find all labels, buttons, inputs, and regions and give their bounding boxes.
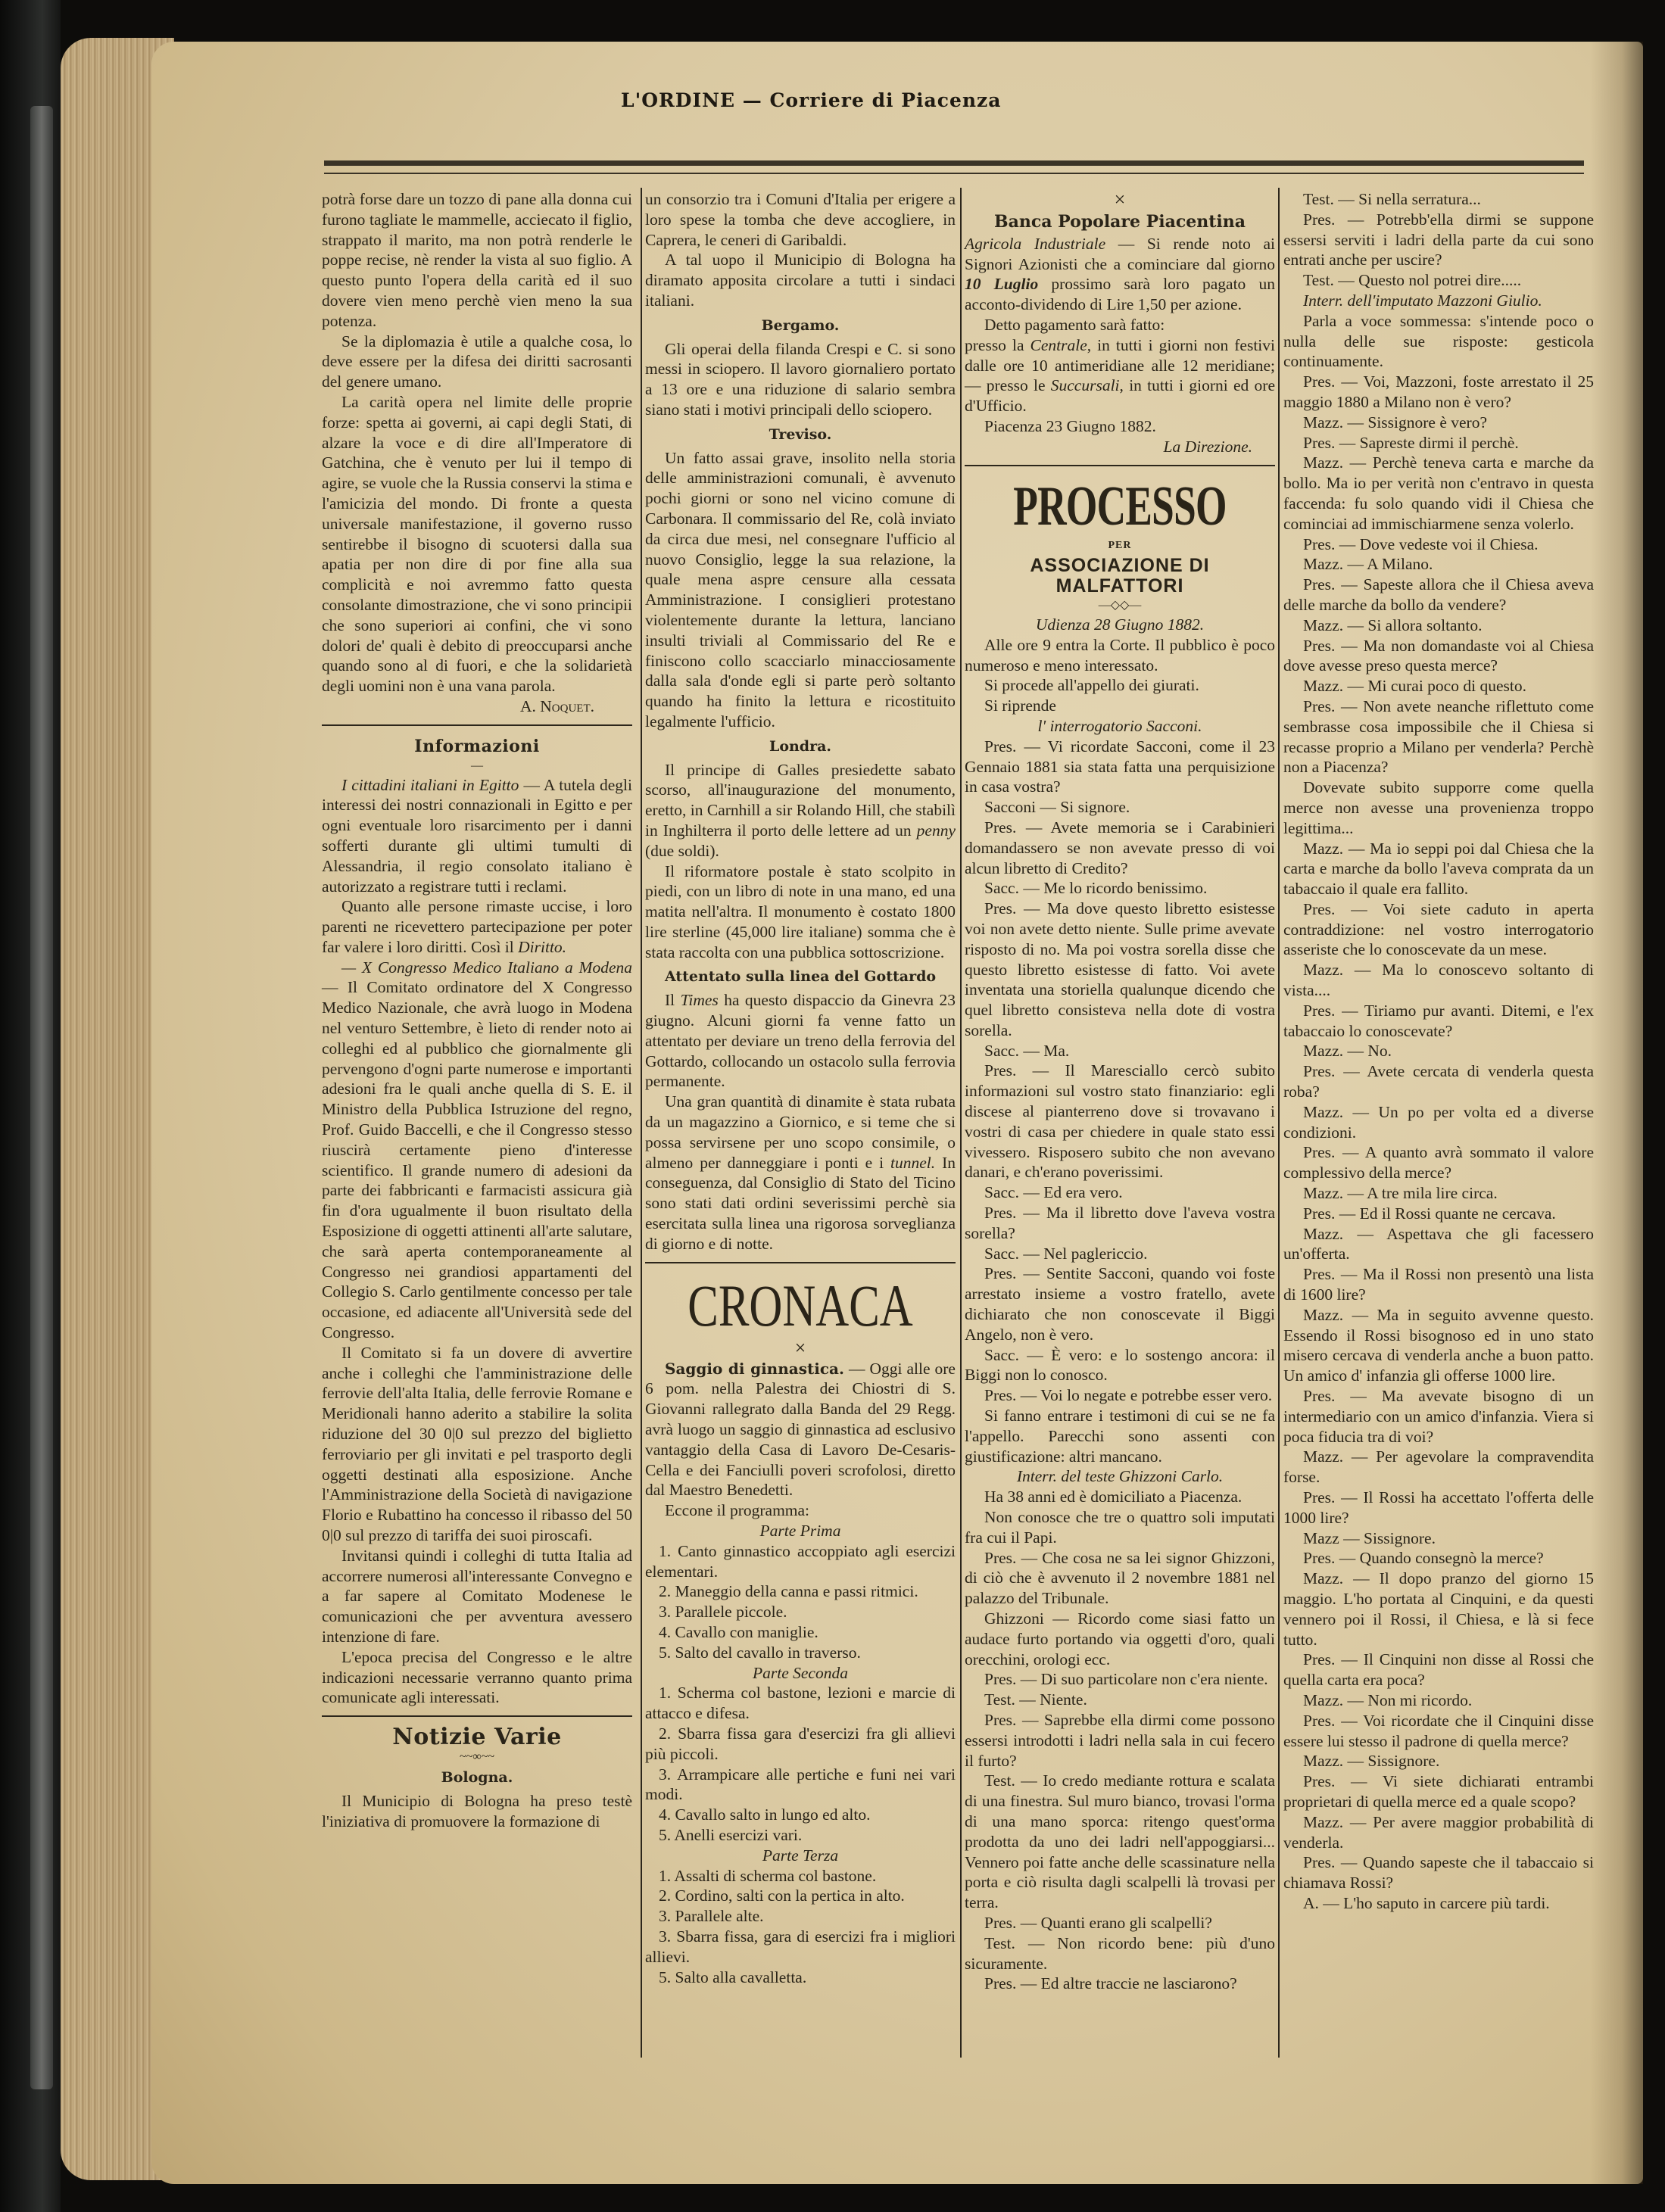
trial-paragraph: Si procede all'appello dei giurati. (965, 675, 1275, 696)
article-paragraph: Il Comitato si fa un dovere di avvertire… (322, 1343, 632, 1546)
dialog-line: Mazz. — Mi curai poco di questo. (1283, 676, 1594, 696)
section-separator (645, 1262, 956, 1266)
cross-ornament-icon: × (965, 189, 1275, 210)
program-item: 2. Cordino, salti con la pertica in alto… (645, 1886, 956, 1906)
program-item: 3. Parallele alte. (645, 1906, 956, 1927)
dialog-line: Pres. — Non avete neanche riflettuto com… (1283, 696, 1594, 777)
dialog-line: Si fanno entrare i testimoni di cui se n… (965, 1406, 1275, 1466)
dialog-line: Pres. — Sapreste dirmi il perchè. (1283, 433, 1594, 453)
program-item: 5. Salto del cavallo in traverso. (645, 1643, 956, 1663)
section-separator (322, 1715, 632, 1720)
article-paragraph: La carità opera nel limite delle proprie… (322, 392, 632, 696)
hearing-date: Udienza 28 Giugno 1882. (965, 615, 1275, 635)
article-paragraph: potrà forse dare un tozzo di pane alla d… (322, 189, 632, 332)
dialog-line: Non conosce che tre o quattro soli imput… (965, 1507, 1275, 1548)
dialog-line: Mazz. — A tre mila lire circa. (1283, 1183, 1594, 1204)
dialog-line: Test. — Questo nol potrei dire..... (1283, 270, 1594, 291)
article-signature: A. Noquet. (322, 696, 632, 717)
column-divider (960, 188, 962, 2058)
dialog-line: Pres. — Vi siete dichiarati entrambi pro… (1283, 1771, 1594, 1812)
dialog-line: Sacc. — Me lo ricordo benissimo. (965, 878, 1275, 899)
program-item: 3. Arrampicare alle pertiche e funi nei … (645, 1765, 956, 1805)
dialog-line: Mazz. — A Milano. (1283, 554, 1594, 575)
news-item: — X Congresso Medico Italiano a Modena —… (322, 958, 632, 1343)
dialog-line: Pres. — Saprebbe ella dirmi come possono… (965, 1710, 1275, 1771)
column-3: × Banca Popolare Piacentina Agricola Ind… (965, 189, 1275, 1994)
program-item: 5. Anelli esercizi vari. (645, 1825, 956, 1846)
dialog-line: Mazz. — Ma io seppi poi dal Chiesa che l… (1283, 839, 1594, 899)
trial-subheading: Interr. dell'imputato Mazzoni Giulio. (1283, 291, 1594, 311)
dialog-line: Pres. — Il Cinquini non disse al Rossi c… (1283, 1650, 1594, 1690)
section-heading-informazioni: Informazioni (322, 737, 632, 757)
dialog-line: Sacc. — È vero: e lo sostengo ancora: il… (965, 1345, 1275, 1386)
dialog-line: Mazz. — Sissignore. (1283, 1751, 1594, 1771)
dialog-line: Pres. — Avete cercata di venderla questa… (1283, 1061, 1594, 1102)
news-item: Quanto alle persone rimaste uccise, i lo… (322, 896, 632, 957)
article-paragraph: Una gran quantità di dinamite è stata ru… (645, 1092, 956, 1254)
notice-date: Piacenza 23 Giugno 1882. (965, 416, 1275, 437)
dialog-line: Sacc. — Ed era vero. (965, 1182, 1275, 1203)
subheading-treviso: Treviso. (645, 425, 956, 445)
header-rule (324, 160, 1584, 174)
dialog-line: Test. — Si nella serratura... (1283, 189, 1594, 210)
article-paragraph: Il principe di Galles presiedette sabato… (645, 760, 956, 861)
column-1: potrà forse dare un tozzo di pane alla d… (322, 189, 632, 1831)
subheading-gottardo: Attentato sulla linea del Gottardo (645, 967, 956, 987)
news-item-title: Saggio di ginnastica. (665, 1360, 844, 1378)
dialog-line: Mazz. — Per agevolare la compravendita f… (1283, 1447, 1594, 1488)
column-2: un consorzio tra i Comuni d'Italia per e… (645, 189, 956, 1987)
article-paragraph: Il riformatore postale è stato scolpito … (645, 861, 956, 963)
news-item-title: — X Congresso Medico Italiano a Modena (341, 958, 632, 977)
dialog-line: Ha 38 anni ed è domiciliato a Piacenza. (965, 1487, 1275, 1507)
dialog-line: Mazz — Sissignore. (1283, 1528, 1594, 1549)
dialog-line: Test. — Niente. (965, 1690, 1275, 1710)
trial-subheading: l' interrogatorio Sacconi. (965, 716, 1275, 737)
notice-paragraph: Detto pagamento sarà fatto: (965, 315, 1275, 335)
dialog-line: Pres. — Vi ricordate Sacconi, come il 23… (965, 737, 1275, 797)
dialog-line: Pres. — Ma il libretto dove l'aveva vost… (965, 1203, 1275, 1244)
dialog-line: Mazz. — Per avere maggior probabilità di… (1283, 1812, 1594, 1853)
dialog-line: Pres. — Voi siete caduto in aperta contr… (1283, 899, 1594, 960)
trial-paragraph: Alle ore 9 entra la Corte. Il pubblico è… (965, 635, 1275, 676)
dialog-line: Pres. — Che cosa ne sa lei signor Ghizzo… (965, 1548, 1275, 1609)
page-edge-shadow (1590, 42, 1643, 2184)
notice-heading-banca: Banca Popolare Piacentina (965, 212, 1275, 232)
article-paragraph: Un fatto assai grave, insolito nella sto… (645, 448, 956, 732)
section-heading-processo: PROCESSO (1008, 477, 1231, 536)
dialog-line: Pres. — Dove vedeste voi il Chiesa. (1283, 534, 1594, 555)
dialog-line: Pres. — Ma non domandaste voi al Chiesa … (1283, 636, 1594, 677)
article-paragraph: Invitansi quindi i colleghi di tutta Ita… (322, 1546, 632, 1647)
article-paragraph: Il Times ha questo dispaccio da Ginevra … (645, 990, 956, 1092)
dialog-line: Pres. — Ed altre traccie ne lasciarono? (965, 1974, 1275, 1994)
program-list-terza: 1. Assalti di scherma col bastone. 2. Co… (645, 1866, 956, 1988)
subheading-bologna: Bologna. (322, 1768, 632, 1788)
subheading-bergamo: Bergamo. (645, 316, 956, 336)
notice-paragraph: presso la Centrale, in tutti i giorni no… (965, 335, 1275, 416)
notice-signature: La Direzione. (965, 437, 1275, 457)
program-list-seconda: 1. Scherma col bastone, lezioni e marcie… (645, 1683, 956, 1845)
dialog-line: Pres. — Ed il Rossi quante ne cercava. (1283, 1204, 1594, 1224)
program-item: 3. Sbarra fissa, gara di esercizi fra i … (645, 1927, 956, 1967)
dialog-line: Mazz. — Sissignore è vero? (1283, 413, 1594, 433)
article-paragraph: Eccone il programma: (645, 1500, 956, 1521)
dialog-line: Mazz. — Si allora soltanto. (1283, 615, 1594, 636)
program-item: 4. Cavallo salto in lungo ed alto. (645, 1805, 956, 1825)
dialog-line: Sacc. — Ma. (965, 1041, 1275, 1061)
program-item: 2. Sbarra fissa gara d'esercizi fra gli … (645, 1724, 956, 1765)
article-paragraph: L'epoca precisa del Congresso e le altre… (322, 1647, 632, 1708)
section-subheading-malfattori: ASSOCIAZIONE DI MALFATTORI (965, 556, 1275, 597)
dialog-line: Pres. — Quando sapeste che il tabaccaio … (1283, 1852, 1594, 1893)
dialog-line: Pres. — Voi, Mazzoni, foste arrestato il… (1283, 372, 1594, 413)
dialog-line: Pres. — Voi ricordate che il Cinquini di… (1283, 1711, 1594, 1752)
dialog-line: Pres. — Il Maresciallo cercò subito info… (965, 1061, 1275, 1182)
notice-paragraph: Agricola Industriale — Si rende noto ai … (965, 234, 1275, 315)
dialog-line: Dovevate subito supporre come quella mer… (1283, 777, 1594, 838)
trial-paragraph: Si riprende (965, 696, 1275, 716)
binding-strip (30, 106, 53, 2089)
news-item-title: I cittadini italiani in Egitto (341, 776, 519, 794)
heading-connector: PER (965, 536, 1275, 556)
dialog-line: Pres. — Sentite Sacconi, quando voi fost… (965, 1263, 1275, 1344)
dialog-line: Pres. — Ma dove questo libretto esistess… (965, 899, 1275, 1041)
program-part-heading: Parte Prima (645, 1521, 956, 1541)
dialog-line: Mazz. — Ma lo conoscevo soltanto di vist… (1283, 960, 1594, 1001)
dialog-line: Mazz. — Ma in seguito avvenne questo. Es… (1283, 1305, 1594, 1386)
news-item: Saggio di ginnastica. — Oggi alle ore 6 … (645, 1359, 956, 1501)
short-rule: — (322, 760, 632, 772)
dialog-line: Pres. — A quanto avrà sommato il valore … (1283, 1142, 1594, 1183)
column-divider (641, 188, 642, 2058)
cross-ornament-icon: × (645, 1338, 956, 1359)
subheading-londra: Londra. (645, 737, 956, 757)
news-item: I cittadini italiani in Egitto — A tutel… (322, 775, 632, 897)
column-divider (1278, 188, 1280, 2058)
dialog-line: Mazz. — Il dopo pranzo del giorno 15 mag… (1283, 1569, 1594, 1650)
dialog-line: Test. — Non ricordo bene: più d'uno sicu… (965, 1933, 1275, 1974)
section-separator (965, 465, 1275, 469)
dialog-line: Pres. — Voi lo negate e potrebbe esser v… (965, 1385, 1275, 1406)
dialog-line: Pres. — Ma il Rossi non presentò una lis… (1283, 1264, 1594, 1305)
dialog-line: Pres. — Tiriamo pur avanti. Ditemi, e l'… (1283, 1001, 1594, 1042)
book-binding-spine (0, 0, 61, 2212)
program-part-heading: Parte Terza (645, 1846, 956, 1866)
dialog-line: Sacc. — Nel paglericcio. (965, 1244, 1275, 1264)
article-paragraph: A tal uopo il Municipio di Bologna ha di… (645, 250, 956, 310)
program-item: 4. Cavallo con maniglie. (645, 1622, 956, 1643)
dialog-line: Pres. — Di suo particolare non c'era nie… (965, 1669, 1275, 1690)
program-item: 1. Assalti di scherma col bastone. (645, 1866, 956, 1886)
ornamental-rule: —◇◇— (965, 600, 1275, 612)
section-heading-notizie-varie: Notizie Varie (322, 1728, 632, 1748)
dialog-line: Pres. — Sapeste allora che il Chiesa ave… (1283, 575, 1594, 615)
dialog-line: Pres. — Ma avevate bisogno di un interme… (1283, 1386, 1594, 1447)
article-paragraph: Se la diplomazia è utile a qualche cosa,… (322, 332, 632, 392)
article-paragraph: un consorzio tra i Comuni d'Italia per e… (645, 189, 956, 250)
program-item: 5. Salto alla cavalletta. (645, 1967, 956, 1988)
dialog-line: Ghizzoni — Ricordo come siasi fatto un a… (965, 1609, 1275, 1669)
running-head: L'ORDINE — Corriere di Piacenza (621, 89, 1302, 111)
program-item: 3. Parallele piccole. (645, 1602, 956, 1622)
dialog-line: A. — L'ho saputo in carcere più tardi. (1283, 1893, 1594, 1914)
dialog-line: Mazz. — Un po per volta ed a diverse con… (1283, 1102, 1594, 1143)
dialog-line: Mazz. — Non mi ricordo. (1283, 1690, 1594, 1711)
dialog-line: Sacconi — Si signore. (965, 797, 1275, 818)
dialog-line: Mazz. — Aspettava che gli facessero un'o… (1283, 1224, 1594, 1265)
dialog-line: Pres. — Avete memoria se i Carabinieri d… (965, 818, 1275, 878)
dialog-line: Test. — Io credo mediante rottura e scal… (965, 1771, 1275, 1913)
trial-subheading: Interr. del teste Ghizzoni Carlo. (965, 1466, 1275, 1487)
section-separator (322, 724, 632, 729)
program-item: 2. Maneggio della canna e passi ritmici. (645, 1581, 956, 1602)
dialog-line: Pres. — Quando consegnò la merce? (1283, 1548, 1594, 1569)
ornamental-rule: ~~∞~~ (322, 1751, 632, 1763)
dialog-line: Pres. — Quanti erano gli scalpelli? (965, 1913, 1275, 1933)
dialog-line: Mazz. — No. (1283, 1041, 1594, 1061)
dialog-line: Parla a voce sommessa: s'intende poco o … (1283, 311, 1594, 372)
article-paragraph: Il Municipio di Bologna ha preso testè l… (322, 1791, 632, 1832)
dialog-line: Mazz. — Perchè teneva carta e marche da … (1283, 453, 1594, 534)
program-list-prima: 1. Canto ginnastico accoppiato agli eser… (645, 1541, 956, 1663)
section-heading-cronaca: CRONACA (679, 1274, 921, 1338)
program-part-heading: Parte Seconda (645, 1663, 956, 1684)
dialog-line: Pres. — Potrebb'ella dirmi se suppone es… (1283, 210, 1594, 270)
column-4: Test. — Si nella serratura... Pres. — Po… (1283, 189, 1594, 1914)
program-item: 1. Scherma col bastone, lezioni e marcie… (645, 1683, 956, 1724)
article-paragraph: Gli operai della filanda Crespi e C. si … (645, 339, 956, 420)
dialog-line: Pres. — Il Rossi ha accettato l'offerta … (1283, 1488, 1594, 1528)
program-item: 1. Canto ginnastico accoppiato agli eser… (645, 1541, 956, 1582)
